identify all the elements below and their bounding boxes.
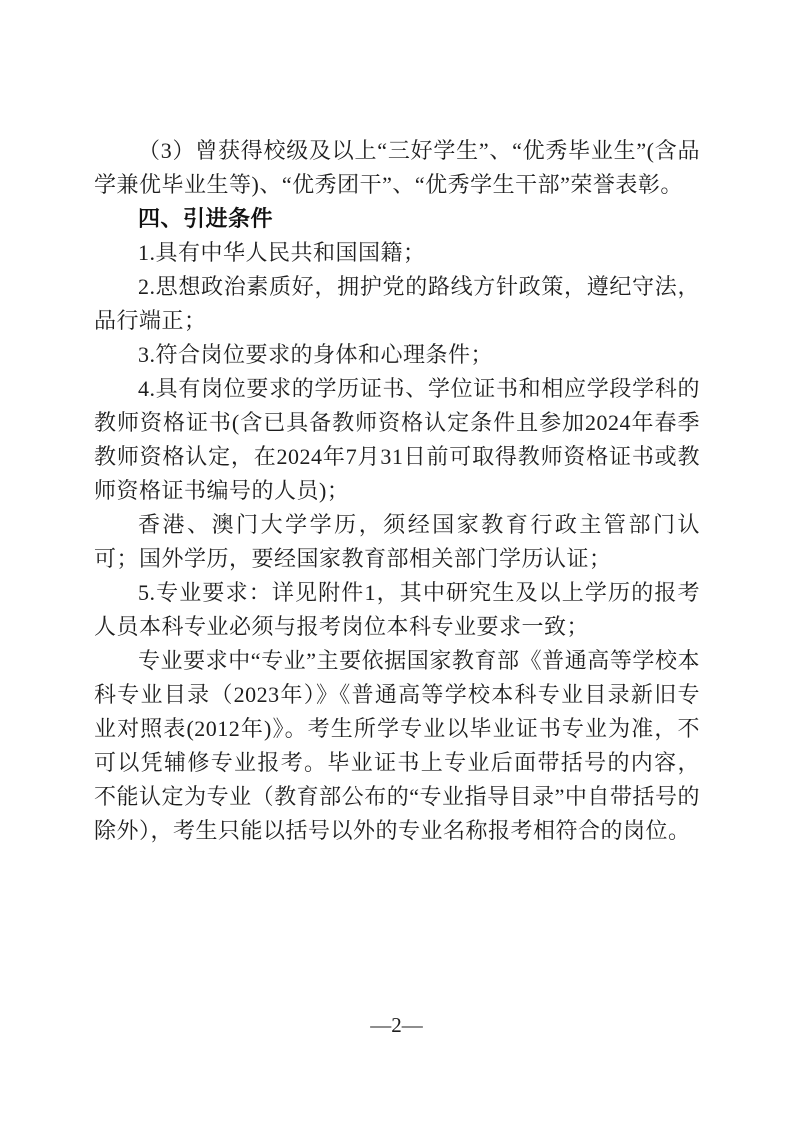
- condition-item-5: 5.专业要求：详见附件1，其中研究生及以上学历的报考人员本科专业必须与报考岗位本…: [94, 576, 700, 644]
- paragraph-awards: （3）曾获得校级及以上“三好学生”、“优秀毕业生”(含品学兼优毕业生等)、“优秀…: [94, 134, 700, 202]
- document-body: （3）曾获得校级及以上“三好学生”、“优秀毕业生”(含品学兼优毕业生等)、“优秀…: [94, 134, 700, 848]
- condition-item-2: 2.思想政治素质好，拥护党的路线方针政策，遵纪守法，品行端正；: [94, 270, 700, 338]
- condition-item-4: 4.具有岗位要求的学历证书、学位证书和相应学段学科的教师资格证书(含已具备教师资…: [94, 372, 700, 508]
- page-number: —2—: [0, 1010, 793, 1040]
- condition-item-5-note: 专业要求中“专业”主要依据国家教育部《普通高等学校本科专业目录（2023年）》《…: [94, 644, 700, 848]
- condition-item-1: 1.具有中华人民共和国国籍；: [94, 236, 700, 270]
- condition-item-3: 3.符合岗位要求的身体和心理条件；: [94, 338, 700, 372]
- document-page: （3）曾获得校级及以上“三好学生”、“优秀毕业生”(含品学兼优毕业生等)、“优秀…: [0, 0, 793, 1122]
- section-heading-intro-conditions: 四、引进条件: [94, 202, 700, 236]
- condition-item-4-note: 香港、澳门大学学历，须经国家教育行政主管部门认可；国外学历，要经国家教育部相关部…: [94, 508, 700, 576]
